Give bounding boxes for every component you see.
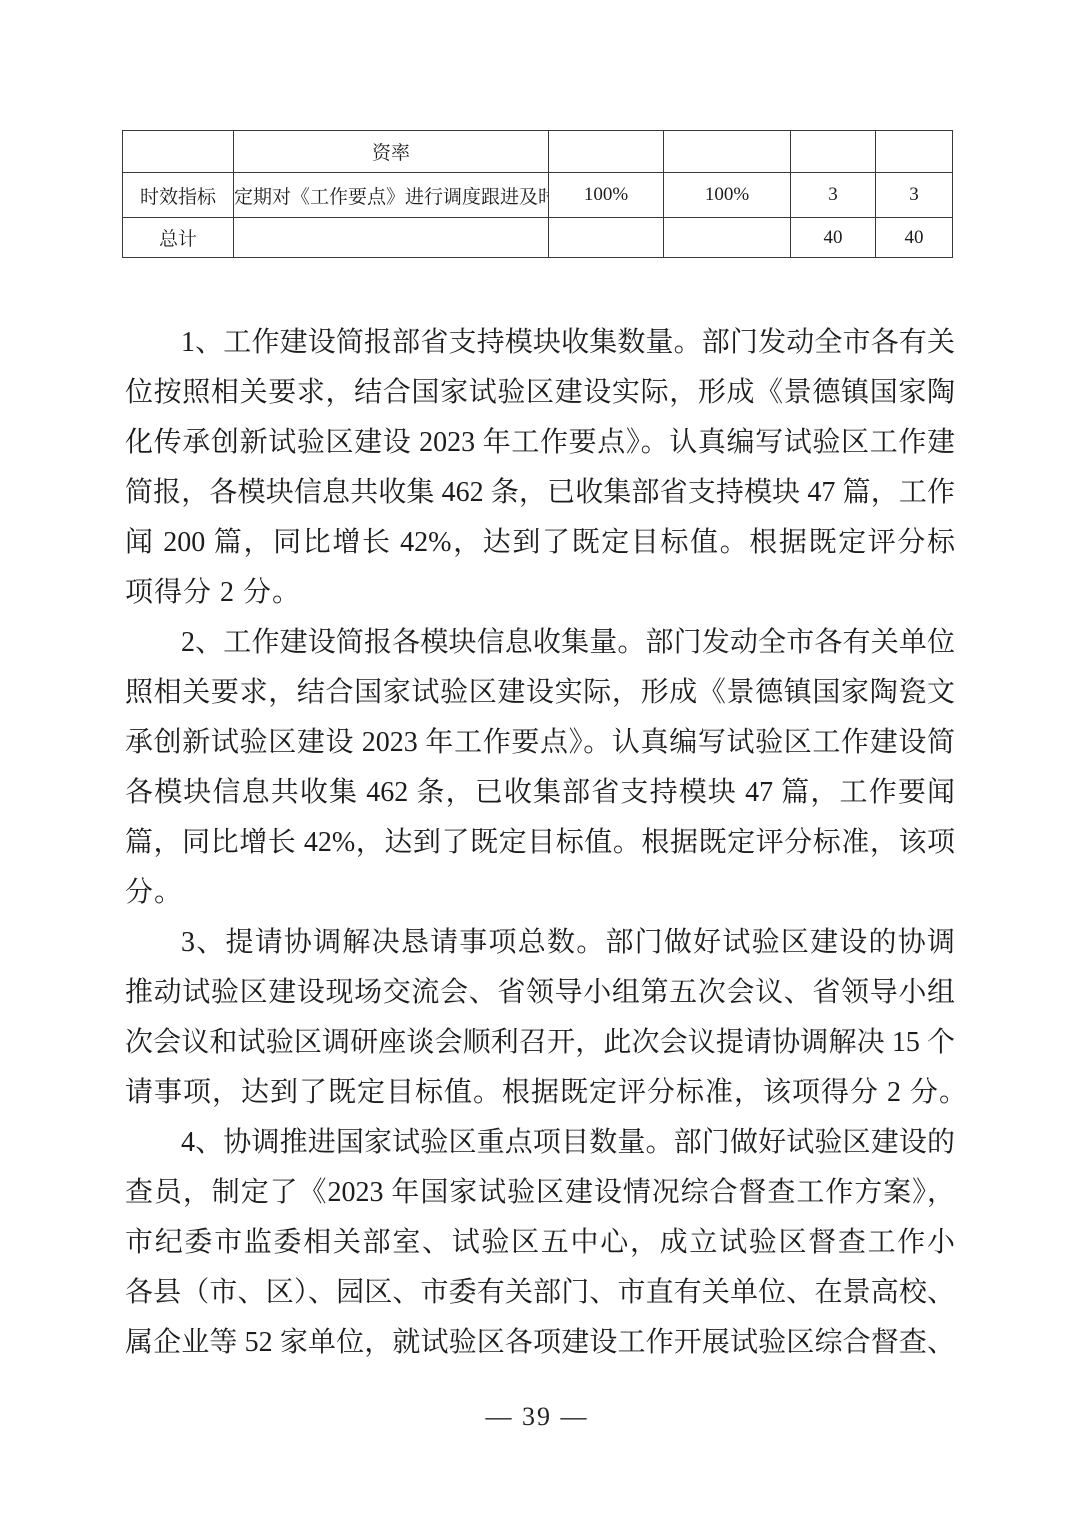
- text-line: 次会议和试验区调研座谈会顺利召开，此次会议提请协调解决 15 个恳: [125, 1018, 955, 1068]
- table-cell: [549, 218, 664, 258]
- score-table: 资率 时效指标 定期对《工作要点》进行调度跟进及时率 100% 100% 3 3…: [122, 130, 953, 258]
- paragraph-4: 4、协调推进国家试验区重点项目数量。部门做好试验区建设的督 查员，制定了《202…: [125, 1118, 955, 1368]
- text-line: 2、工作建设简报各模块信息收集量。部门发动全市各有关单位按: [125, 618, 955, 668]
- table-cell-target-value: 100%: [549, 173, 664, 218]
- paragraph-1: 1、工作建设简报部省支持模块收集数量。部门发动全市各有关单 位按照相关要求，结合…: [125, 318, 955, 618]
- document-body: 1、工作建设简报部省支持模块收集数量。部门发动全市各有关单 位按照相关要求，结合…: [125, 318, 955, 1368]
- table-cell-score: 3: [791, 173, 876, 218]
- paragraph-3: 3、提请协调解决恳请事项总数。部门做好试验区建设的协调员， 推动试验区建设现场交…: [125, 918, 955, 1118]
- text-line: 承创新试验区建设 2023 年工作要点》。认真编写试验区工作建设简报，: [125, 718, 955, 768]
- table-cell-carryover-text: 资率: [234, 131, 549, 173]
- text-line: 各模块信息共收集 462 条，已收集部省支持模块 47 篇，工作要闻 200: [125, 768, 955, 818]
- text-line: 市纪委市监委相关部室、试验区五中心，成立试验区督查工作小组。赴: [125, 1218, 955, 1268]
- table-cell-indicator: 定期对《工作要点》进行调度跟进及时率: [234, 173, 549, 218]
- text-line: 闻 200 篇，同比增长 42%，达到了既定目标值。根据既定评分标准，该: [125, 518, 955, 568]
- table-cell-score: 3: [876, 173, 953, 218]
- table-row: 资率: [123, 131, 953, 173]
- text-line: 1、工作建设简报部省支持模块收集数量。部门发动全市各有关单: [125, 318, 955, 368]
- text-line: 各县（市、区）、园区、市委有关部门、市直有关单位、在景高校、市: [125, 1268, 955, 1318]
- table-row-total: 总计 40 40: [123, 218, 953, 258]
- page-number: — 39 —: [0, 1402, 1074, 1432]
- text-line: 简报，各模块信息共收集 462 条，已收集部省支持模块 47 篇，工作要: [125, 468, 955, 518]
- table-cell: [549, 131, 664, 173]
- text-line: 篇，同比增长 42%，达到了既定目标值。根据既定评分标准，该项得 2: [125, 818, 955, 868]
- text-line: 项得分 2 分。: [125, 568, 955, 618]
- table-cell: [234, 218, 549, 258]
- text-line: 查员，制定了《2023 年国家试验区建设情况综合督查工作方案》，联合: [125, 1168, 955, 1218]
- table-cell-actual-value: 100%: [664, 173, 791, 218]
- paragraph-2: 2、工作建设简报各模块信息收集量。部门发动全市各有关单位按 照相关要求，结合国家…: [125, 618, 955, 918]
- table-cell: [664, 218, 791, 258]
- table-cell-row-label: 时效指标: [123, 173, 234, 218]
- text-line: 位按照相关要求，结合国家试验区建设实际，形成《景德镇国家陶瓷文: [125, 368, 955, 418]
- text-line: 请事项，达到了既定目标值。根据既定评分标准，该项得分 2 分。: [125, 1068, 955, 1118]
- table-cell: [123, 131, 234, 173]
- table-row: 时效指标 定期对《工作要点》进行调度跟进及时率 100% 100% 3 3: [123, 173, 953, 218]
- table-cell-total-score: 40: [791, 218, 876, 258]
- text-line: 分。: [125, 868, 955, 918]
- document-page: 资率 时效指标 定期对《工作要点》进行调度跟进及时率 100% 100% 3 3…: [0, 0, 1074, 1520]
- table-cell: [791, 131, 876, 173]
- text-line: 属企业等 52 家单位，就试验区各项建设工作开展试验区综合督查、专: [125, 1318, 955, 1368]
- table-cell: [876, 131, 953, 173]
- text-line: 推动试验区建设现场交流会、省领导小组第五次会议、省领导小组第六: [125, 968, 955, 1018]
- table-cell-total-label: 总计: [123, 218, 234, 258]
- text-line: 4、协调推进国家试验区重点项目数量。部门做好试验区建设的督: [125, 1118, 955, 1168]
- table-cell-total-score: 40: [876, 218, 953, 258]
- text-line: 化传承创新试验区建设 2023 年工作要点》。认真编写试验区工作建设: [125, 418, 955, 468]
- table-cell: [664, 131, 791, 173]
- text-line: 3、提请协调解决恳请事项总数。部门做好试验区建设的协调员，: [125, 918, 955, 968]
- text-line: 照相关要求，结合国家试验区建设实际，形成《景德镇国家陶瓷文化传: [125, 668, 955, 718]
